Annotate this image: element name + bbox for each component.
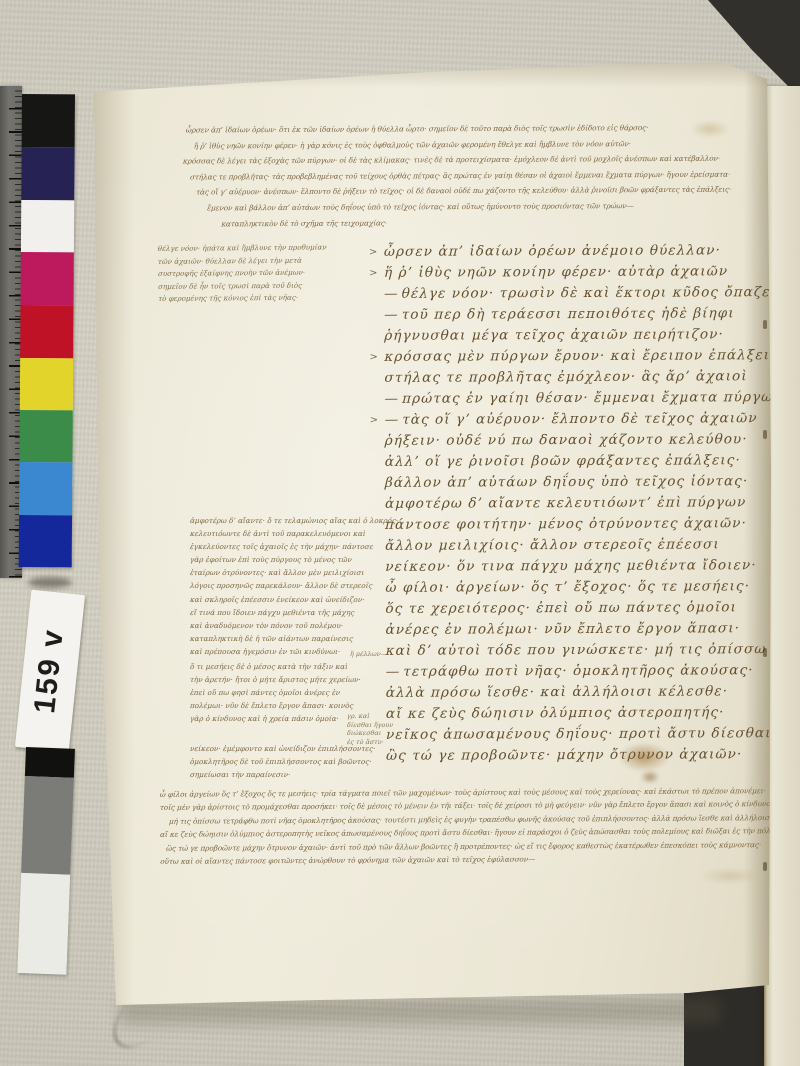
scholia-line: ἢ μέλλων— xyxy=(350,650,393,659)
scholia-line: εἴ τινά που ἴδοιεν πάγχυ μεθιέντα τῆς μά… xyxy=(190,606,399,619)
color-patch-magenta xyxy=(21,252,74,305)
scholia-line: οὕτω καὶ οἱ αἴαντες πάντοσε φοιτῶντες ἀν… xyxy=(160,851,771,868)
page-left-edge-shading xyxy=(94,80,134,1005)
page-top-edge-shading xyxy=(94,62,770,88)
scholia-line: κελευτιόωντε δὲ ἀντὶ τοῦ παρακελευόμενοι… xyxy=(190,527,399,540)
color-patch-light-blue xyxy=(19,462,72,515)
scholia-line: καταπληκτικὸν δὲ τὸ σχῆμα τῆς τειχομαχία… xyxy=(221,213,774,231)
verse-text: στήλας τε προβλῆτας ἐμόχλεον· ἃς ἄρ’ ἀχα… xyxy=(384,368,748,386)
folio-number-text: 159 v xyxy=(29,627,72,715)
color-patch-indigo xyxy=(21,147,74,200)
verse-line: ἀλλὰ πρόσω ἵεσθε· καὶ ἀλλήλοισι κέλεσθε· xyxy=(385,681,781,704)
verse-text: πρώτας ἐν γαίηι θέσαν· ἔμμεναι ἔχματα πύ… xyxy=(402,389,789,407)
scholia-line: τὴν ἀρετήν· ἤτοι ὁ μήτε ἄριστος μήτε χερ… xyxy=(190,673,399,686)
verse-line: >κρόσσας μὲν πύργων ἔρυον· καὶ ἔρειπον ἐ… xyxy=(384,345,780,368)
verse-line: ἀνέρες ἐν πολέμωι· νῦν ἔπλετο ἔργον ἅπασ… xyxy=(385,618,781,641)
scholia-line: πολέμωι· νῦν δὲ ἔπλετο ἔργον ἅπασι· κοιν… xyxy=(190,699,399,712)
verse-line: ῥήξειν· οὐδέ νύ πω δαναοὶ χάζοντο κελεύθ… xyxy=(384,429,780,452)
color-patch-gray xyxy=(21,776,74,875)
foxing-stain xyxy=(700,868,760,884)
verse-line: πάντοσε φοιτήτην· μένος ὀτρύνοντες ἀχαιῶ… xyxy=(385,513,781,536)
scholia-line: καὶ ἀναδυόμενον τὸν πόνον τοῦ πολέμου· xyxy=(190,619,399,632)
verse-text: ἥ ῥ’ ἰθὺς νηῶν κονίην φέρεν· αὐτὰρ ἀχαιῶ… xyxy=(384,263,729,281)
verse-text: ὅς τε χερειότερος· ἐπεὶ οὔ πω πάντες ὁμο… xyxy=(385,599,737,617)
sewing-mark xyxy=(763,430,767,439)
verse-line: νεῖκος ἀπωσαμένους δηΐους· προτὶ ἄστυ δί… xyxy=(386,723,782,746)
grayscale-calibration-wedge xyxy=(17,747,75,975)
scholia-block-left-upper: θέλγε νόον· ἠπάτα καὶ ἤμβλυνε τὴν προθυμ… xyxy=(158,241,374,306)
verse-line: ἄλλον μειλιχίοις· ἄλλον στερεοῖς ἐπέεσσι xyxy=(385,534,781,557)
verse-text: ἀνέρες ἐν πολέμωι· νῦν ἔπλετο ἔργον ἅπασ… xyxy=(385,620,740,638)
verse-text: νείκεον· ὅν τινα πάγχυ μάχης μεθιέντα ἴδ… xyxy=(385,557,757,575)
manuscript-page: ὦρσεν ἀπ’ ἰδαίων ὀρέων· ὅτι ἐκ τῶν ἰδαίω… xyxy=(0,0,800,1066)
verse-line: βάλλον ἀπ’ αὐτάων δηΐους ὑπὸ τεῖχος ἰόντ… xyxy=(384,471,780,494)
verse-text: βάλλον ἀπ’ αὐτάων δηΐους ὑπὸ τεῖχος ἰόντ… xyxy=(385,473,749,491)
verse-line: —τετράφθω ποτὶ νῆας· ὁμοκλητῆρος ἀκούσας… xyxy=(385,660,781,683)
scholia-line: τὸ φερομένης τῆς κόνιος ἐπὶ τὰς νῆας· xyxy=(158,291,374,305)
verse-text: ὣς τώ γε προβοῶντε· μάχην ὄτρυνον ἀχαιῶν… xyxy=(386,746,743,764)
color-patch-white xyxy=(21,200,74,252)
manuscript-photo: ὦρσεν ἀπ’ ἰδαίων ὀρέων· ὅτι ἐκ τῶν ἰδαίω… xyxy=(0,0,800,1066)
color-calibration-bar xyxy=(19,94,75,567)
color-patch-white xyxy=(17,873,70,975)
scholia-line: ἀμφοτέρω δ’ αἴαντε· ὅ τε τελαμώνιος αἴας… xyxy=(190,514,399,527)
scholia-line: γρ. καὶ xyxy=(347,712,394,721)
scholia-block-top: ὦρσεν ἀπ’ ἰδαίων ὀρέων· ὅτι ἐκ τῶν ἰδαίω… xyxy=(183,119,774,231)
scholia-block-left-lower-c: νείκεον· ἐμέμφοντο καὶ ὠνείδιζον ἐπιπλήσ… xyxy=(190,742,420,781)
scholia-line: ἑταίρων ὀτρύνοντες· καὶ ἄλλον μὲν μειλιχ… xyxy=(190,566,399,579)
foxing-stain xyxy=(690,120,730,138)
color-patch-black xyxy=(25,747,75,778)
scholia-line: ἐς τὸ ἄστυ· xyxy=(347,738,394,747)
verse-text: νεῖκος ἀπωσαμένους δηΐους· προτὶ ἄστυ δί… xyxy=(386,725,778,743)
scholia-line: λόγοις προσηνῶς παρεκάλουν· ἄλλον δὲ στε… xyxy=(190,579,399,592)
color-patch-red xyxy=(20,305,73,358)
marginal-gloss: γρ. καὶδίεσθαι ἤγουνδιώκεσθαιἐς τὸ ἄστυ· xyxy=(347,712,393,746)
verse-line: —πρώτας ἐν γαίηι θέσαν· ἔμμεναι ἔχματα π… xyxy=(384,387,780,410)
verse-line: ἀλλ’ οἵ γε ῥινοῖσι βοῶν φράξαντες ἐπάλξε… xyxy=(384,450,780,473)
verse-text: ἄλλον μειλιχίοις· ἄλλον στερεοῖς ἐπέεσσι xyxy=(385,536,720,553)
scholia-block-bottom: ὦ φίλοι ἀργείων ὅς τ’ ἔξοχος ὅς τε μεσήε… xyxy=(160,784,770,868)
verse-line: αἴ κε ζεὺς δώηισιν ὀλύμπιος ἀστεροπητής· xyxy=(385,702,781,725)
verse-text: ὦρσεν ἀπ’ ἰδαίων ὀρέων ἀνέμοιο θύελλαν· xyxy=(384,242,722,259)
scholia-block-left-lower-a: ἀμφοτέρω δ’ αἴαντε· ὅ τε τελαμώνιος αἴας… xyxy=(190,514,398,658)
verse-line: —θέλγε νόον· τρωσὶν δὲ καὶ ἕκτορι κῦδος … xyxy=(384,282,780,305)
color-patch-dark-blue xyxy=(19,515,72,567)
verse-text: πάντοσε φοιτήτην· μένος ὀτρύνοντες ἀχαιῶ… xyxy=(385,515,748,533)
scholia-line: καὶ σκληροῖς ἐπέεσσιν ἐνείκεον καὶ ὠνείδ… xyxy=(190,593,399,606)
verse-line: >—τὰς οἵ γ’ αὐέρυον· ἔλποντο δὲ τεῖχος ἀ… xyxy=(384,408,780,431)
marginal-gloss: ἢ μέλλων— xyxy=(350,650,392,659)
verse-text: καὶ δ’ αὐτοὶ τόδε που γινώσκετε· μή τις … xyxy=(385,641,767,659)
verse-text: ὦ φίλοι· ἀργείων· ὅς τ’ ἔξοχος· ὅς τε με… xyxy=(385,578,750,596)
verse-line: στήλας τε προβλῆτας ἐμόχλεον· ἃς ἄρ’ ἀχα… xyxy=(384,366,780,389)
scholia-line: ὁμοκλητῆρος δὲ τοῦ ἐπιπλήσσοντος καὶ βοῶ… xyxy=(190,755,421,768)
diple-mark: > xyxy=(369,347,379,368)
diple-mark: > xyxy=(368,263,378,284)
verse-line: ἀμφοτέρω δ’ αἴαντε κελευτιόωντ’ ἐπὶ πύργ… xyxy=(384,492,780,515)
verse-text: ἀλλ’ οἵ γε ῥινοῖσι βοῶν φράξαντες ἐπάλξε… xyxy=(384,452,741,470)
scholia-line: σημείωσαι τὴν παραίνεσιν· xyxy=(190,768,421,781)
scholia-line: διώκεσθαι xyxy=(347,729,394,738)
verse-line: ὣς τώ γε προβοῶντε· μάχην ὄτρυνον ἀχαιῶν… xyxy=(386,744,782,767)
verse-line: >ἥ ῥ’ ἰθὺς νηῶν κονίην φέρεν· αὐτὰρ ἀχαι… xyxy=(383,261,779,284)
ink-stain xyxy=(618,742,670,772)
verse-line: —τοῦ περ δὴ τεράεσσι πεποιθότες ἠδὲ βίηφ… xyxy=(384,303,780,326)
obelus-mark: — xyxy=(384,307,399,323)
obelus-mark: — xyxy=(384,391,399,407)
diple-mark: > xyxy=(368,242,378,263)
folio-number-label: 159 v xyxy=(15,590,85,753)
scholia-line: ὅ τι μεσήεις δὲ ὁ μέσος κατὰ τὴν τάξιν κ… xyxy=(190,660,399,673)
verse-text: τὰς οἵ γ’ αὐέρυον· ἔλποντο δὲ τεῖχος ἀχα… xyxy=(402,410,758,428)
verse-line: >ὦρσεν ἀπ’ ἰδαίων ὀρέων ἀνέμοιο θύελλαν· xyxy=(383,240,779,263)
verse-text: ἀλλὰ πρόσω ἵεσθε· καὶ ἀλλήλοισι κέλεσθε· xyxy=(385,683,728,700)
shadow-smudge xyxy=(28,577,72,588)
obelus-mark: — xyxy=(384,412,399,428)
verse-line: ῥήγνυσθαι μέγα τεῖχος ἀχαιῶν πειρήτιζον· xyxy=(384,324,780,347)
sewing-mark xyxy=(763,648,767,657)
verse-text: θέλγε νόον· τρωσὶν δὲ καὶ ἕκτορι κῦδος ὄ… xyxy=(401,284,776,302)
scholia-line: δίεσθαι ἤγουν xyxy=(347,721,394,730)
ink-stain xyxy=(640,770,660,784)
scholia-line: ἐγκελεύοντες τοῖς ἀχαιοῖς ἐς τὴν μάχην· … xyxy=(190,540,399,553)
main-text-block: >ὦρσεν ἀπ’ ἰδαίων ὀρέων ἀνέμοιο θύελλαν·… xyxy=(384,240,781,767)
verse-text: τετράφθω ποτὶ νῆας· ὁμοκλητῆρος ἀκούσας· xyxy=(403,662,754,680)
verse-text: αἴ κε ζεὺς δώηισιν ὀλύμπιος ἀστεροπητής· xyxy=(386,704,725,721)
scholia-line: γὰρ ἐφοίτων ἐπὶ τοὺς πύργους τὸ μένος τῶ… xyxy=(190,553,399,566)
scholia-line: ἐπεὶ οὔ πω φησὶ πάντες ὁμοῖοι ἀνέρες ἐν xyxy=(190,686,399,699)
sewing-mark xyxy=(763,320,767,329)
verse-line: καὶ δ’ αὐτοὶ τόδε που γινώσκετε· μή τις … xyxy=(385,639,781,662)
verse-text: ῥήγνυσθαι μέγα τεῖχος ἀχαιῶν πειρήτιζον· xyxy=(384,326,724,343)
color-patch-green xyxy=(19,410,72,462)
sewing-mark xyxy=(763,862,767,871)
obelus-mark: — xyxy=(384,286,399,302)
verse-text: τοῦ περ δὴ τεράεσσι πεποιθότες ἠδὲ βίηφι xyxy=(401,305,735,322)
verse-line: ὅς τε χερειότερος· ἐπεὶ οὔ πω πάντες ὁμο… xyxy=(385,597,781,620)
verse-line: ὦ φίλοι· ἀργείων· ὅς τ’ ἔξοχος· ὅς τε με… xyxy=(385,576,781,599)
verse-text: ῥήξειν· οὐδέ νύ πω δαναοὶ χάζοντο κελεύθ… xyxy=(384,431,748,449)
scholia-line: καταπληκτικὴ δὲ ἡ τῶν αἰάντων παραίνεσις xyxy=(190,632,399,645)
verse-text: κρόσσας μὲν πύργων ἔρυον· καὶ ἔρειπον ἐπ… xyxy=(384,347,779,365)
verse-text: ἀμφοτέρω δ’ αἴαντε κελευτιόωντ’ ἐπὶ πύργ… xyxy=(385,494,747,512)
verse-line: νείκεον· ὅν τινα πάγχυ μάχης μεθιέντα ἴδ… xyxy=(385,555,781,578)
color-patch-black xyxy=(22,94,75,147)
color-patch-yellow xyxy=(20,358,73,410)
diple-mark: > xyxy=(369,410,379,431)
